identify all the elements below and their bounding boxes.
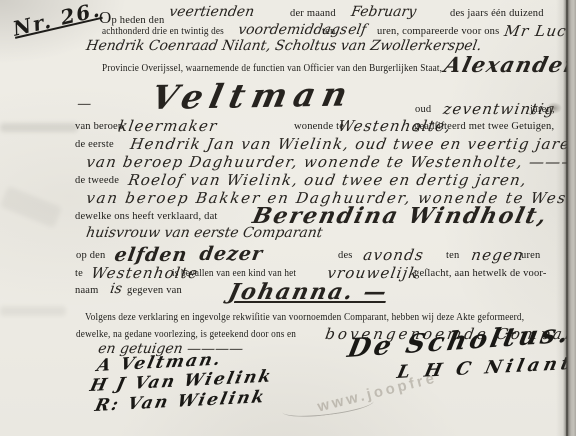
printed-text: dewelke ons heeft verklaard, dat	[75, 211, 218, 222]
signature-official-name-row: L H C Nilant	[0, 366, 576, 392]
printed-text: jaren,	[530, 104, 555, 115]
printed-text: oud	[415, 104, 431, 115]
printed-text: te	[75, 268, 83, 279]
printed-text: des	[338, 250, 353, 261]
handwritten-text: huisvrouw van eerste Comparant	[85, 225, 324, 241]
printed-text: uren	[521, 250, 540, 261]
printed-text: uren, compareerde voor ons	[377, 26, 499, 37]
printed-text: van beroep	[75, 121, 123, 132]
handwritten-text: van beroep Daghuurder, wonende te Westen…	[85, 153, 576, 171]
printed-text: op den	[76, 250, 106, 261]
printed-text: Op heden den	[99, 8, 164, 28]
handwritten-text: Hendrik Jan van Wielink, oud twee en vee…	[129, 135, 576, 153]
printed-text: der maand	[290, 8, 336, 19]
handwritten-text: avonds	[362, 246, 425, 264]
handwritten-text: dezer	[198, 243, 265, 265]
handwritten-text: Mr Lucas	[503, 22, 576, 40]
handwritten-text: Johanna. —	[226, 279, 391, 305]
handwritten-text: elf	[347, 22, 367, 38]
handwritten-text: kleermaker	[117, 117, 219, 135]
handwritten-text: Roelof van Wielink, oud twee en dertig j…	[127, 171, 528, 189]
act-line-16: naam is gegeven van Johanna. —	[0, 285, 576, 313]
printed-text: ten	[322, 26, 335, 37]
document-scan: Nr. 26. Op heden den veertienden der maa…	[0, 0, 576, 436]
printed-text: Provincie Overijssel, waarnemende de fun…	[102, 63, 442, 74]
printed-text: is bevallen van een kind van het	[172, 268, 296, 279]
printed-text: de eerste	[75, 139, 114, 150]
handwritten-text: February	[350, 4, 417, 20]
printed-text: geadſiſteerd met twee Getuigen,	[414, 121, 554, 132]
printed-text: gegeven van	[127, 285, 182, 296]
handwritten-text: Alexander	[442, 52, 576, 77]
printed-text: de tweede	[75, 175, 119, 186]
printed-text: naam	[75, 285, 99, 296]
printed-text: wonende te	[294, 121, 344, 132]
printed-text: ten	[446, 250, 459, 261]
handwritten-text: negen	[470, 246, 526, 264]
printed-text: Volgens deze verklaring en ingevolge rek…	[85, 312, 524, 323]
signature-row-3: R: Van Wielink	[0, 400, 576, 424]
handwritten-text: elfden	[113, 244, 189, 266]
printed-text: achthonderd drie en twintig des	[102, 26, 224, 37]
handwritten-text: Hendrik Coenraad Nilant, Scholtus van Zw…	[85, 38, 483, 54]
printed-text: des jaars één duizend	[450, 8, 544, 19]
handwritten-text: veertienden	[168, 4, 255, 20]
printed-text: geſlacht, aan hetwelk de voor-	[414, 268, 547, 279]
handwritten-text: is	[109, 281, 123, 297]
